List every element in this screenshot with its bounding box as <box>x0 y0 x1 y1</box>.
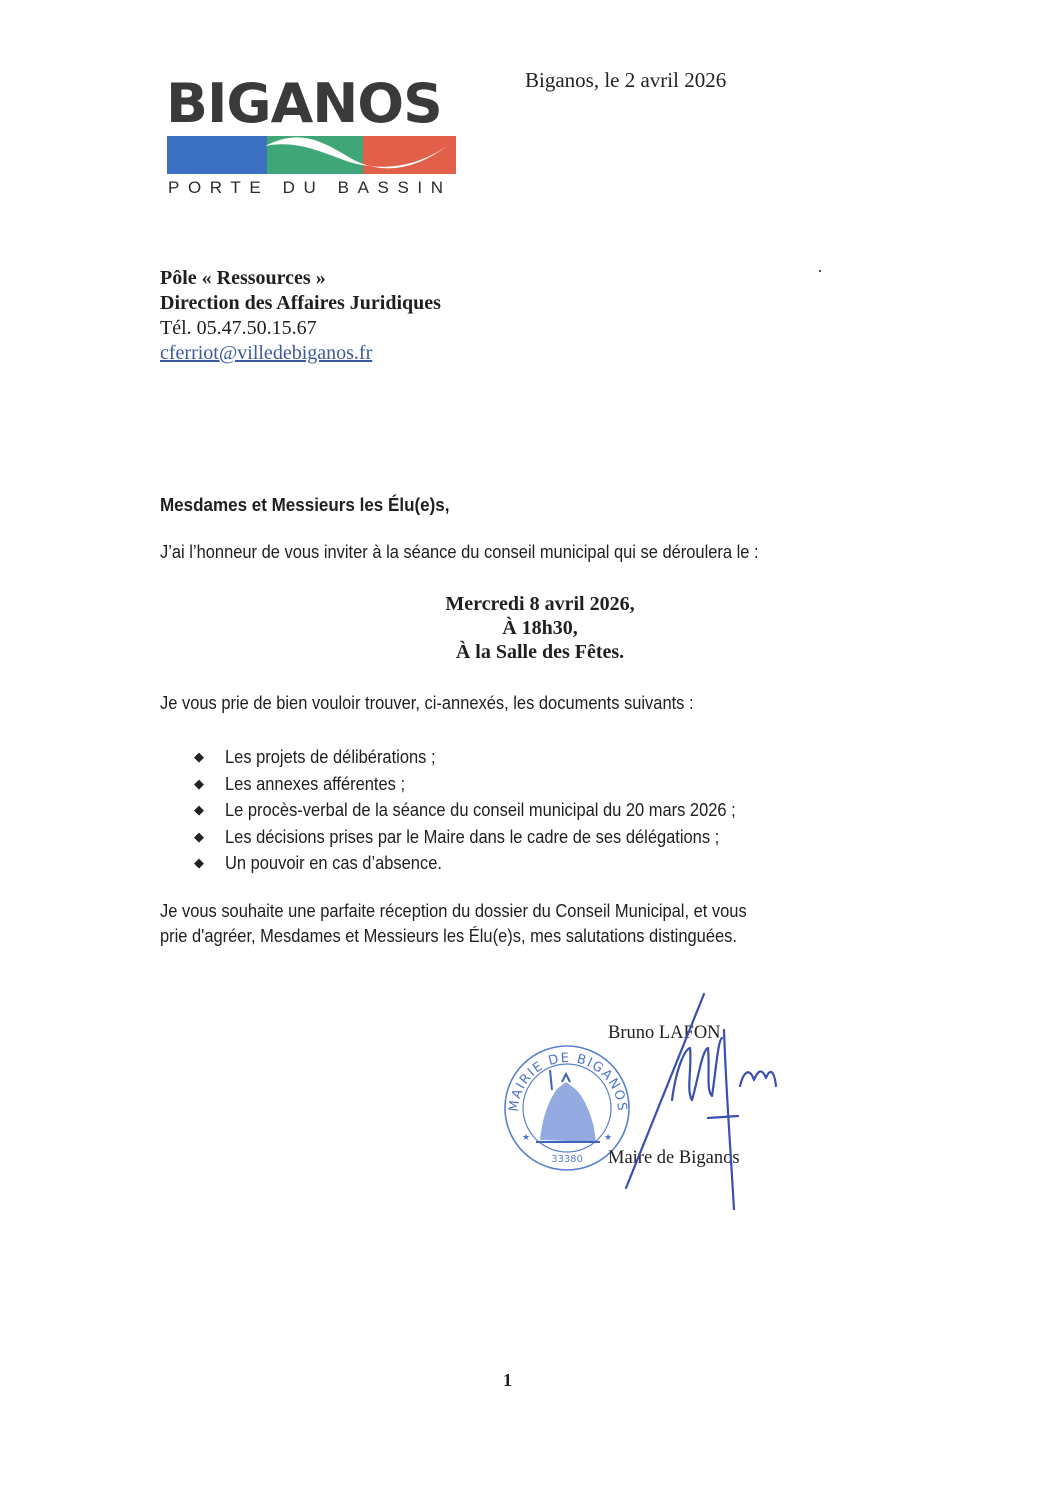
sender-pole: Pôle « Ressources » <box>160 266 441 291</box>
scan-speck <box>819 270 821 272</box>
list-item: ◆Les annexes afférentes ; <box>194 771 799 798</box>
logo-tagline: PORTE DU BASSIN <box>168 178 458 198</box>
intro-paragraph: J’ai l’honneur de vous inviter à la séan… <box>160 541 759 563</box>
list-item: ◆Les projets de délibérations ; <box>194 744 799 771</box>
closing-paragraph: Je vous souhaite une parfaite réception … <box>160 898 747 948</box>
diamond-bullet-icon: ◆ <box>194 797 225 824</box>
logo-color-band-icon <box>167 136 456 174</box>
diamond-bullet-icon: ◆ <box>194 744 225 771</box>
salutation: Mesdames et Messieurs les Élu(e)s, <box>160 494 449 516</box>
page-number: 1 <box>503 1370 512 1391</box>
meeting-time: À 18h30, <box>340 616 740 640</box>
meeting-date: Mercredi 8 avril 2026, <box>340 592 740 616</box>
handwritten-signature-icon <box>612 990 787 1210</box>
documents-intro: Je vous prie de bien vouloir trouver, ci… <box>160 692 694 714</box>
documents-list: ◆Les projets de délibérations ; ◆Les ann… <box>194 744 799 877</box>
diamond-bullet-icon: ◆ <box>194 824 225 851</box>
sender-phone: Tél. 05.47.50.15.67 <box>160 316 441 341</box>
sender-block: Pôle « Ressources » Direction des Affair… <box>160 266 441 366</box>
meeting-place: À la Salle des Fêtes. <box>340 640 740 664</box>
list-item: ◆Un pouvoir en cas d’absence. <box>194 850 799 877</box>
list-item: ◆Le procès-verbal de la séance du consei… <box>194 797 799 824</box>
svg-text:★: ★ <box>522 1132 530 1142</box>
diamond-bullet-icon: ◆ <box>194 771 225 798</box>
sender-email-link[interactable]: cferriot@villedebiganos.fr <box>160 342 372 364</box>
letter-page: BIGANOS PORTE DU BASSIN Biganos, le 2 av… <box>0 0 1058 1496</box>
meeting-details: Mercredi 8 avril 2026, À 18h30, À la Sal… <box>340 592 740 664</box>
diamond-bullet-icon: ◆ <box>194 850 225 877</box>
list-item: ◆Les décisions prises par le Maire dans … <box>194 824 799 851</box>
biganos-logo: BIGANOS PORTE DU BASSIN <box>166 78 458 196</box>
svg-text:33380: 33380 <box>551 1154 583 1165</box>
sender-direction: Direction des Affaires Juridiques <box>160 291 441 316</box>
svg-text:★: ★ <box>604 1132 612 1142</box>
logo-wordmark: BIGANOS <box>166 78 464 130</box>
place-date: Biganos, le 2 avril 2026 <box>525 68 726 93</box>
